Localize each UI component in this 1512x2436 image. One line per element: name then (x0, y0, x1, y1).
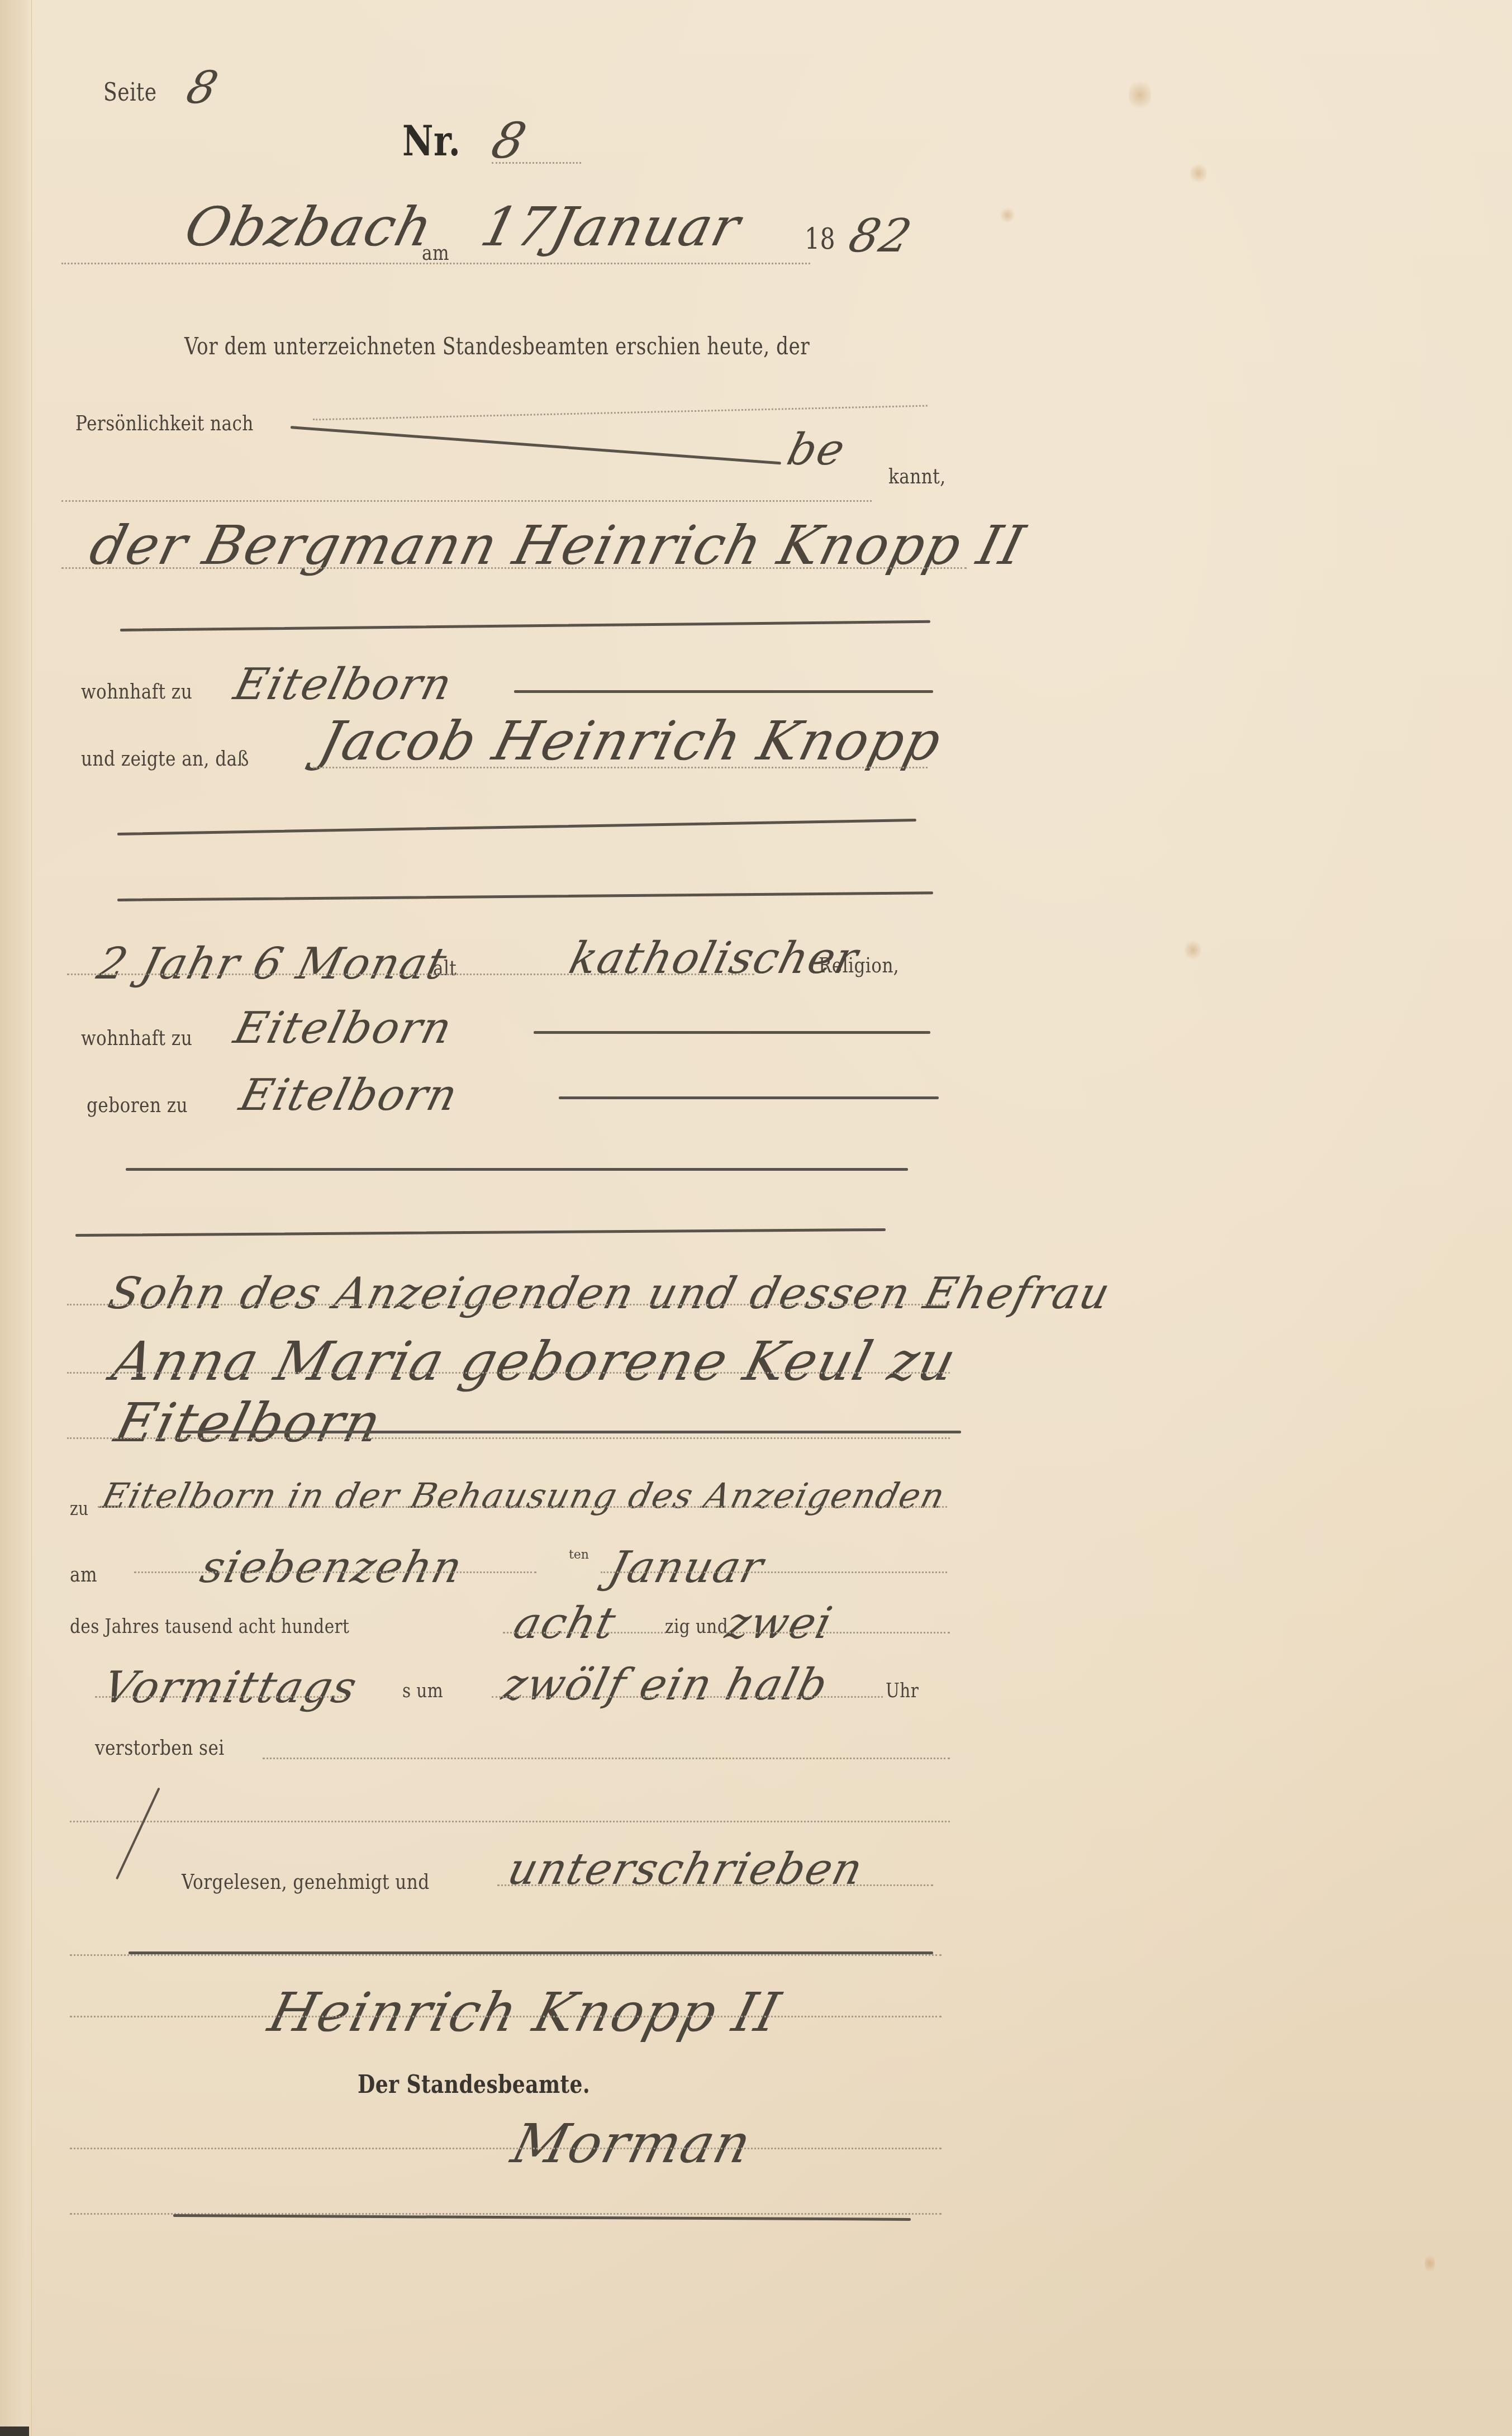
death-place-value: Eitelborn in der Behausung des Anzeigend… (98, 1475, 950, 1516)
signature-dots-top (70, 1954, 942, 1956)
parents-line-3: Eitelborn (109, 1392, 388, 1454)
binding-strip (0, 2426, 29, 2436)
year-tens-value: acht (508, 1598, 621, 1649)
informant-line (61, 567, 967, 569)
informant-rule (120, 620, 930, 631)
deceased-label: verstorben sei (95, 1735, 225, 1760)
informant-signature: Heinrich Knopp II (263, 1981, 787, 2044)
identity-suffix: kannt, (888, 464, 945, 488)
religion-label: Religion, (819, 953, 899, 977)
date-month-line (601, 1571, 947, 1573)
deceased-rule-1 (117, 819, 916, 835)
closing-value: unterschrieben (503, 1844, 868, 1894)
document-page: Seite 8 Nr. 8 Obzbach am 17 Januar 18 82… (0, 0, 1512, 2436)
parents-rule-3 (182, 1431, 961, 1433)
parents-line-2: Anna Maria geborene Keul zu (106, 1330, 963, 1393)
header-place: Obzbach (179, 196, 440, 258)
parents-dots-2 (67, 1372, 950, 1374)
parents-line-1: Sohn des Anzeigenden und dessen Ehefrau (103, 1269, 1116, 1319)
date-label: am (70, 1562, 97, 1587)
foxing-stain (1129, 78, 1151, 112)
residence-value-1: Eitelborn (229, 659, 458, 710)
date-day-line (134, 1571, 536, 1573)
year-units-value: zwei (721, 1598, 838, 1649)
closing-line (497, 1884, 933, 1886)
time-part-value: Vormittags (98, 1663, 363, 1713)
intro-text: Vor dem unterzeichneten Standesbeamten e… (184, 333, 810, 360)
foxing-stain (1000, 207, 1015, 224)
signature-rule-top (129, 1951, 933, 1954)
closing-label: Vorgelesen, genehmigt und (182, 1869, 430, 1894)
deceased-rule-2 (117, 891, 933, 901)
page-edge (0, 0, 32, 2436)
date-month-value: Januar (603, 1542, 769, 1593)
foxing-stain (1190, 162, 1207, 184)
born-value: Eitelborn (235, 1070, 463, 1120)
identity-strike (291, 426, 781, 464)
death-place-label: zu (70, 1498, 88, 1520)
residence-rule-1 (514, 690, 933, 693)
year-tens-line (503, 1632, 671, 1634)
residence-rule-2 (534, 1031, 930, 1034)
born-rule-2 (126, 1168, 908, 1171)
time-part-line (95, 1696, 346, 1698)
year-tens-suffix: zig und (665, 1615, 728, 1638)
header-year-prefix: 18 (805, 222, 835, 256)
date-day-value: siebenzehn (196, 1542, 468, 1593)
foxing-stain (1185, 939, 1201, 961)
registrar-signature-line (70, 2148, 942, 2149)
year-label: des Jahres tausend acht hundert (70, 1615, 349, 1638)
record-label: Nr. (402, 117, 460, 165)
header-year-suffix: 82 (844, 210, 917, 263)
page-number: 8 (182, 61, 224, 113)
deceased-name-line (313, 767, 928, 768)
parents-dots-3 (67, 1437, 950, 1439)
residence-label-2: wohnhaft zu (81, 1025, 192, 1050)
record-number: 8 (486, 112, 533, 169)
parents-dots-1 (67, 1304, 950, 1305)
page-label: Seite (103, 78, 157, 107)
year-units-line (715, 1632, 950, 1634)
informant-signature-line (70, 2016, 942, 2017)
deceased-line-1 (263, 1758, 950, 1759)
born-rule (559, 1096, 939, 1099)
residence-value-2: Eitelborn (229, 1003, 458, 1053)
header-month: Januar (545, 196, 747, 258)
foxing-stain (1425, 2252, 1435, 2274)
bottom-rule (173, 2214, 911, 2221)
header-on-label: am (422, 240, 449, 265)
deceased-line-2 (70, 1821, 950, 1822)
record-number-line (492, 162, 581, 164)
identity-line-2 (61, 500, 872, 502)
time-label: s um (402, 1679, 443, 1702)
deceased-name: Jacob Heinrich Knopp (313, 710, 948, 772)
age-label: alt (433, 956, 457, 980)
identity-line (313, 405, 928, 421)
identity-value: be (782, 425, 851, 475)
time-line (492, 1696, 883, 1698)
time-suffix: Uhr (886, 1679, 919, 1702)
age-value: 2 Jahr 6 Monat (92, 939, 452, 989)
time-value: zwölf ein halb (497, 1660, 834, 1710)
date-day-suffix: ten (569, 1548, 589, 1562)
born-label: geboren zu (87, 1093, 188, 1117)
death-place-line (98, 1506, 947, 1508)
registrar-title: Der Standesbeamte. (358, 2071, 590, 2099)
residence-label-1: wohnhaft zu (81, 679, 192, 704)
registrar-signature: Morman (506, 2112, 758, 2175)
parents-top-rule (75, 1228, 886, 1237)
deceased-flourish (116, 1787, 160, 1879)
identity-label: Persönlichkeit nach (75, 411, 254, 435)
report-label: und zeigte an, daß (81, 746, 249, 771)
